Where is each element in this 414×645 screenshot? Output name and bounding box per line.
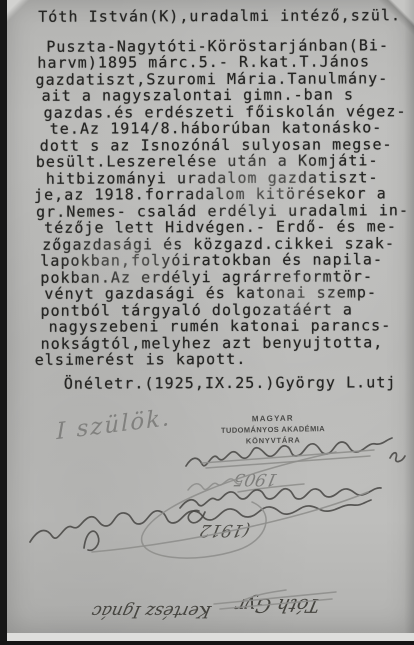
- scanned-card: Tóth István(K),uradalmi intéző,szül. Pus…: [0, 0, 414, 645]
- pencil-strike-bottom-a: [214, 592, 336, 604]
- handwriting-scribbles: [0, 0, 414, 645]
- pencil-strike-1a: [202, 450, 374, 463]
- pencil-underline-1905: [238, 484, 304, 492]
- scan-bottom-edge: [0, 641, 414, 645]
- scan-left-edge: [0, 0, 7, 641]
- pencil-strike-bottom-b: [220, 599, 332, 609]
- scribble-line-3-loop: [84, 531, 99, 550]
- scan-bottom-band: [0, 633, 414, 641]
- scribble-mark-29: [390, 453, 405, 462]
- pencil-strike-1b: [206, 456, 370, 468]
